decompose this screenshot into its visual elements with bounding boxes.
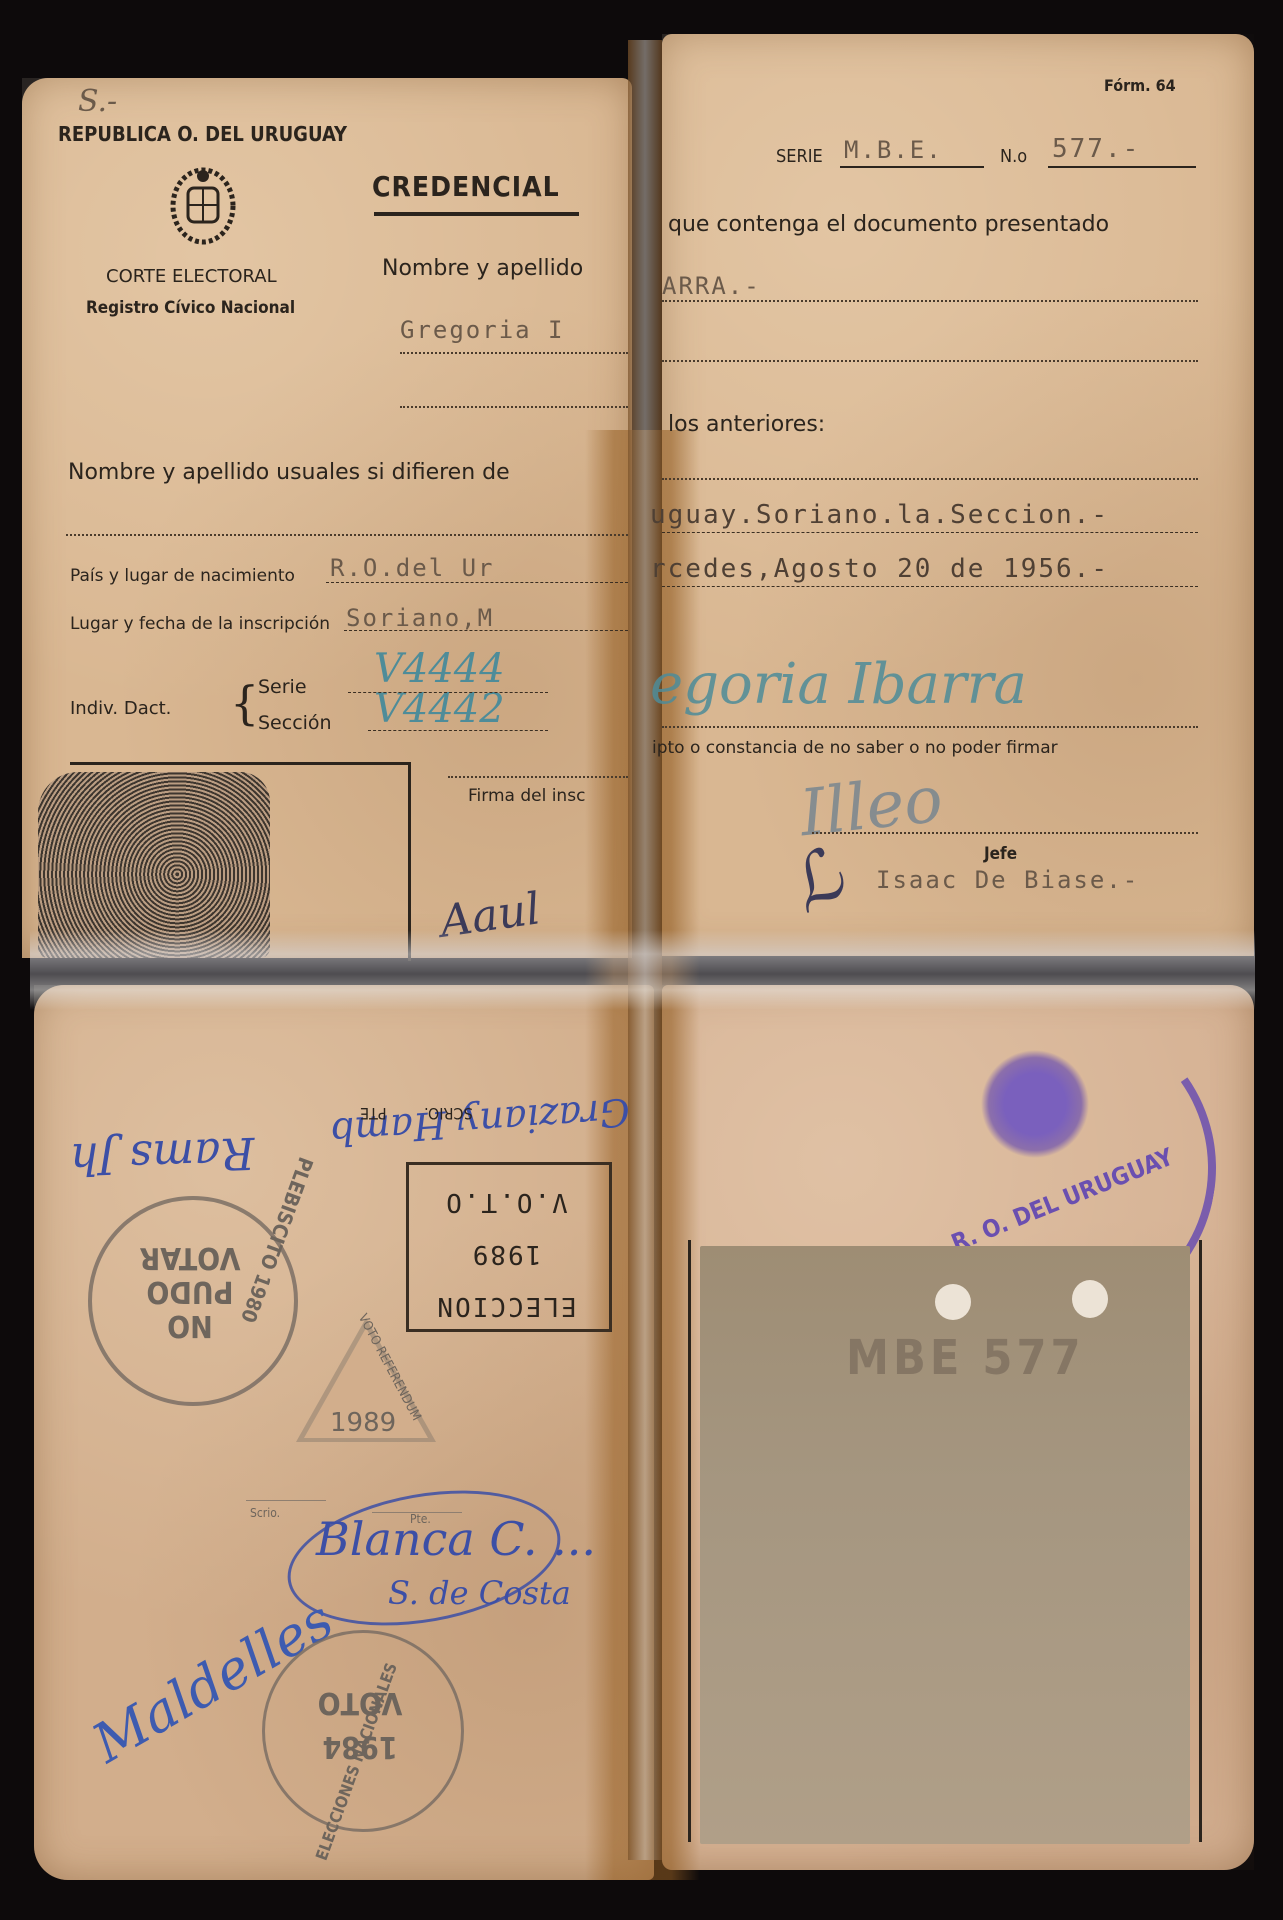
authority-name: CORTE ELECTORAL [106, 266, 277, 287]
title-underline [374, 212, 579, 216]
number-underline [1048, 166, 1196, 168]
chief-label: Jefe [984, 844, 1017, 864]
name-line [400, 352, 628, 354]
plebiscito-stamp-text: NO PUDO VOTAR [120, 1240, 260, 1342]
stamp-line-votar: VOTAR [120, 1240, 260, 1274]
serie-label: Serie [258, 676, 307, 698]
chief-signature-line [812, 832, 1198, 834]
signature-label: Firma del insc [468, 786, 585, 806]
coat-of-arms-icon [168, 162, 238, 246]
serie-line [348, 692, 548, 693]
previous-line [662, 478, 1198, 480]
doc-label: que contenga el documento presentado [668, 212, 1109, 237]
serie-value-right: M.B.E. [844, 136, 943, 164]
birth-line [326, 582, 628, 583]
horizontal-fold-tape [30, 930, 1255, 1010]
document-title: CREDENCIAL [372, 170, 560, 203]
seccion-line [368, 730, 548, 731]
photo-damage-spot [935, 1284, 971, 1320]
usual-name-line [66, 534, 628, 536]
scrio-label: Scrio. [250, 1506, 280, 1520]
referendum-year: 1989 [330, 1408, 396, 1438]
stamp-line-voto: V.O.T.O [406, 1176, 606, 1228]
name-line-right-2 [662, 360, 1198, 362]
credential-page-top-right [662, 34, 1254, 956]
photo-caption: MBE 577 [846, 1330, 1085, 1386]
name-value: Gregoria I [400, 316, 565, 344]
circled-signature-2: S. de Costa [388, 1574, 571, 1612]
scrio-line [246, 1500, 326, 1501]
holder-signature-line [662, 726, 1198, 728]
seccion-label: Sección [258, 712, 332, 734]
inscription-value-cont: rcedes,Agosto 20 de 1956.- [650, 554, 1109, 584]
name-label: Nombre y apellido [382, 256, 583, 281]
holder-signature: egoria Ibarra [650, 652, 1027, 717]
signature-label-pte: PTE [360, 1104, 387, 1123]
birth-label: País y lugar de nacimiento [70, 566, 295, 586]
photo-damage-spot-2 [1072, 1280, 1108, 1318]
signature-line [448, 776, 628, 778]
form-number: Fórm. 64 [1104, 76, 1176, 95]
stamp-line-eleccion: ELECCION [406, 1280, 606, 1332]
birth-value-cont: uguay.Soriano.la.Seccion.- [650, 500, 1109, 530]
name-line-2 [400, 406, 628, 408]
signature-label-scrio: SCRIO. [424, 1104, 473, 1123]
serie-label-right: SERIE [776, 146, 823, 167]
name-line-right [662, 300, 1198, 302]
registry-name: Registro Cívico Nacional [86, 298, 295, 318]
brace-icon: { [230, 676, 259, 730]
stamp-line-pudo: PUDO [120, 1274, 260, 1308]
country-header: REPUBLICA O. DEL URUGUAY [58, 122, 347, 146]
corner-mark: S.- [78, 84, 117, 119]
inscription-line-right [662, 586, 1198, 587]
birth-value: R.O.del Ur [330, 554, 495, 582]
circled-signature-1: Blanca C. ... [316, 1512, 596, 1566]
inscription-value: Soriano,M [346, 604, 494, 632]
usual-name-label: Nombre y apellido usuales si difieren de [68, 460, 510, 485]
serie-underline [840, 166, 984, 168]
dact-label: Indiv. Dact. [70, 698, 171, 719]
official-stamp-emblem [980, 1050, 1090, 1158]
signature-note: ipto o constancia de no saber o no poder… [652, 738, 1058, 758]
name-value-cont: ARRA.- [662, 272, 761, 300]
inscription-line [344, 630, 628, 631]
number-label: N.o [1000, 146, 1027, 167]
birth-line-right [662, 532, 1198, 533]
chief-name: Isaac De Biase.- [876, 866, 1139, 894]
signature-1: Rams Jh [69, 1127, 255, 1184]
previous-label: los anteriores: [668, 412, 825, 437]
number-value: 577.- [1052, 134, 1140, 164]
stamp-line-1989: 1989 [406, 1228, 606, 1280]
eleccion-stamp-text: ELECCION 1989 V.O.T.O [406, 1176, 606, 1332]
stamp-line-voto-1984: VOTO [300, 1680, 420, 1724]
inscription-label: Lugar y fecha de la inscripción [70, 614, 330, 634]
